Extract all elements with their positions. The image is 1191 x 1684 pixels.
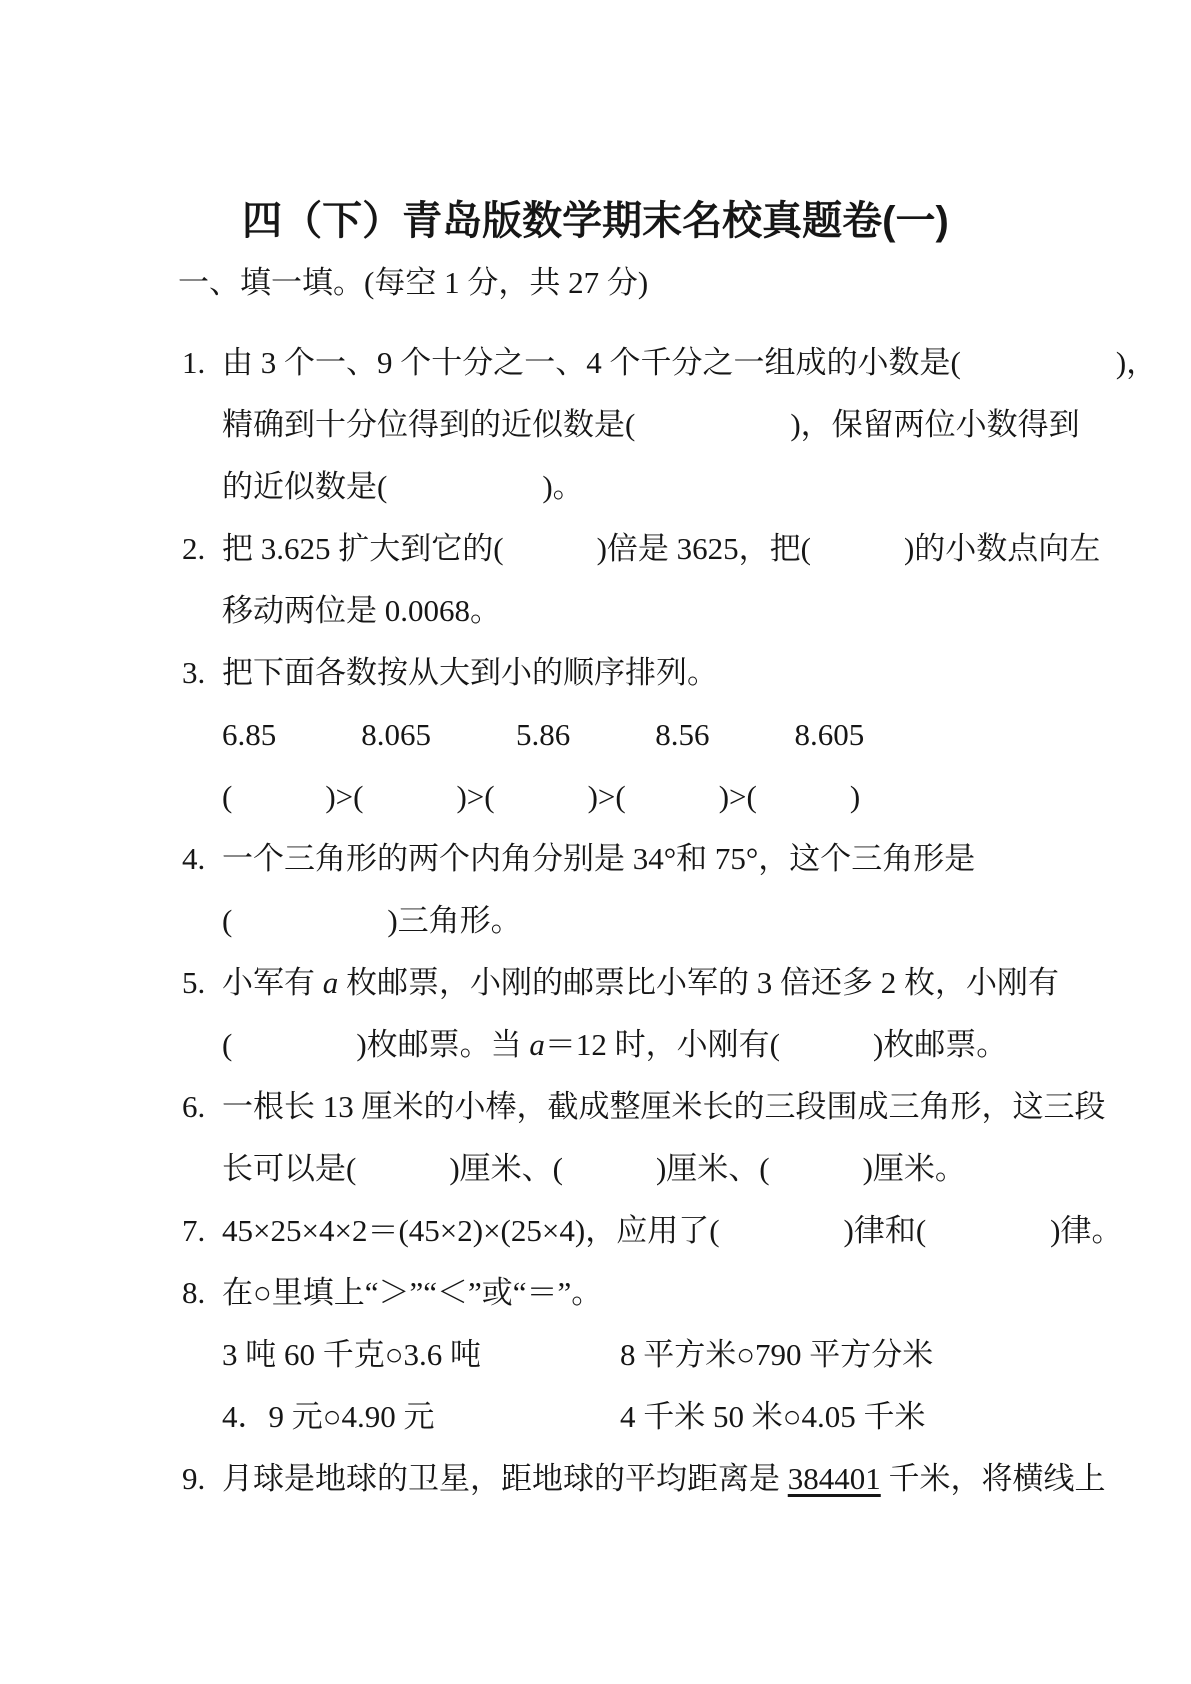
page-title: 四（下）青岛版数学期末名校真题卷(一) xyxy=(0,190,1191,252)
question-3-line-2: 6.858.0655.868.568.605 xyxy=(0,704,1191,766)
number-value: 8.605 xyxy=(795,704,865,766)
line-text: 把 3.625 扩大到它的( )倍是 3625，把( )的小数点向左 xyxy=(222,531,1100,566)
line-text: 的近似数是( )。 xyxy=(222,469,584,504)
line-text: 45×25×4×2＝(45×2)×(25×4)，应用了( )律和( )律。 xyxy=(222,1213,1122,1248)
variable-letter: a xyxy=(529,1027,545,1062)
question-6-line-1: 6.一根长 13 厘米的小棒，截成整厘米长的三段围成三角形，这三段 xyxy=(0,1076,1191,1138)
question-number: 4. xyxy=(182,828,205,890)
line-text: 由 3 个一、9 个十分之一、4 个千分之一组成的小数是( )， xyxy=(222,345,1157,380)
exam-paper-page: 四（下）青岛版数学期末名校真题卷(一) 一、填一填。(每空 1 分，共 27 分… xyxy=(0,0,1191,1684)
question-4-line-1: 4.一个三角形的两个内角分别是 34°和 75°，这个三角形是 xyxy=(0,828,1191,890)
question-6-line-2: 长可以是( )厘米、( )厘米、( )厘米。 xyxy=(0,1138,1191,1200)
question-2-line-2: 移动两位是 0.0068。 xyxy=(0,580,1191,642)
line-text: 精确到十分位得到的近似数是( )，保留两位小数得到 xyxy=(222,407,1080,442)
line-text: ( )枚邮票。当 xyxy=(222,1027,529,1062)
compare-item-right: 4 千米 50 米○4.05 千米 xyxy=(620,1386,925,1448)
question-4-line-2: ( )三角形。 xyxy=(0,890,1191,952)
question-8-line-2: 3 吨 60 千克○3.6 吨8 平方米○790 平方分米 xyxy=(0,1324,1191,1386)
variable-letter: a xyxy=(323,965,339,1000)
question-2: 2.把 3.625 扩大到它的( )倍是 3625，把( )的小数点向左移动两位… xyxy=(0,518,1191,642)
question-number: 3. xyxy=(182,642,205,704)
question-5: 5.小军有 a 枚邮票，小刚的邮票比小军的 3 倍还多 2 枚，小刚有( )枚邮… xyxy=(0,952,1191,1076)
question-number: 7. xyxy=(182,1200,205,1262)
line-text: 枚邮票，小刚的邮票比小军的 3 倍还多 2 枚，小刚有 xyxy=(338,965,1059,1000)
question-3-line-3: ( )>( )>( )>( )>( ) xyxy=(0,766,1191,828)
question-5-line-2: ( )枚邮票。当 a＝12 时，小刚有( )枚邮票。 xyxy=(0,1014,1191,1076)
question-number: 9. xyxy=(182,1448,205,1510)
compare-item-left: 4．9 元○4.90 元 xyxy=(222,1386,620,1448)
questions: 1.由 3 个一、9 个十分之一、4 个千分之一组成的小数是( )，精确到十分位… xyxy=(0,332,1191,1510)
question-number: 2. xyxy=(182,518,205,580)
question-7-line-1: 7.45×25×4×2＝(45×2)×(25×4)，应用了( )律和( )律。 xyxy=(0,1200,1191,1262)
number-value: 5.86 xyxy=(516,704,570,766)
question-8-line-1: 8.在○里填上“＞”“＜”或“＝”。 xyxy=(0,1262,1191,1324)
question-5-line-1: 5.小军有 a 枚邮票，小刚的邮票比小军的 3 倍还多 2 枚，小刚有 xyxy=(0,952,1191,1014)
number-value: 8.065 xyxy=(361,704,431,766)
line-text: 小军有 xyxy=(222,965,323,1000)
line-text: 长可以是( )厘米、( )厘米、( )厘米。 xyxy=(222,1151,966,1186)
question-1-line-3: 的近似数是( )。 xyxy=(0,456,1191,518)
question-number: 8. xyxy=(182,1262,205,1324)
question-number: 5. xyxy=(182,952,205,1014)
question-9-line-1: 9.月球是地球的卫星，距地球的平均距离是 384401 千米，将横线上 xyxy=(0,1448,1191,1510)
line-text: 把下面各数按从大到小的顺序排列。 xyxy=(222,655,718,690)
question-1-line-2: 精确到十分位得到的近似数是( )，保留两位小数得到 xyxy=(0,394,1191,456)
line-text: 移动两位是 0.0068。 xyxy=(222,593,501,628)
line-text: 在○里填上“＞”“＜”或“＝”。 xyxy=(222,1275,602,1310)
question-3: 3.把下面各数按从大到小的顺序排列。6.858.0655.868.568.605… xyxy=(0,642,1191,828)
question-8-line-3: 4．9 元○4.90 元4 千米 50 米○4.05 千米 xyxy=(0,1386,1191,1448)
line-text: ( )三角形。 xyxy=(222,903,522,938)
question-4: 4.一个三角形的两个内角分别是 34°和 75°，这个三角形是( )三角形。 xyxy=(0,828,1191,952)
line-text: 千米，将横线上 xyxy=(881,1461,1106,1496)
question-3-line-1: 3.把下面各数按从大到小的顺序排列。 xyxy=(0,642,1191,704)
line-text: 一根长 13 厘米的小棒，截成整厘米长的三段围成三角形，这三段 xyxy=(222,1089,1106,1124)
question-number: 1. xyxy=(182,332,205,394)
question-number: 6. xyxy=(182,1076,205,1138)
number-value: 6.85 xyxy=(222,704,276,766)
compare-item-right: 8 平方米○790 平方分米 xyxy=(620,1324,933,1386)
question-2-line-1: 2.把 3.625 扩大到它的( )倍是 3625，把( )的小数点向左 xyxy=(0,518,1191,580)
line-text: ＝12 时，小刚有( )枚邮票。 xyxy=(545,1027,1007,1062)
question-8: 8.在○里填上“＞”“＜”或“＝”。3 吨 60 千克○3.6 吨8 平方米○7… xyxy=(0,1262,1191,1448)
question-1-line-1: 1.由 3 个一、9 个十分之一、4 个千分之一组成的小数是( )， xyxy=(0,332,1191,394)
question-1: 1.由 3 个一、9 个十分之一、4 个千分之一组成的小数是( )，精确到十分位… xyxy=(0,332,1191,518)
question-7: 7.45×25×4×2＝(45×2)×(25×4)，应用了( )律和( )律。 xyxy=(0,1200,1191,1262)
line-text: 一个三角形的两个内角分别是 34°和 75°，这个三角形是 xyxy=(222,841,975,876)
underlined-value: 384401 xyxy=(788,1461,881,1496)
question-6: 6.一根长 13 厘米的小棒，截成整厘米长的三段围成三角形，这三段长可以是( )… xyxy=(0,1076,1191,1200)
line-text: ( )>( )>( )>( )>( ) xyxy=(222,779,860,814)
line-text: 月球是地球的卫星，距地球的平均距离是 xyxy=(222,1461,788,1496)
compare-item-left: 3 吨 60 千克○3.6 吨 xyxy=(222,1324,620,1386)
question-9: 9.月球是地球的卫星，距地球的平均距离是 384401 千米，将横线上 xyxy=(0,1448,1191,1510)
number-value: 8.56 xyxy=(655,704,709,766)
section-heading: 一、填一填。(每空 1 分，共 27 分) xyxy=(0,252,1191,314)
